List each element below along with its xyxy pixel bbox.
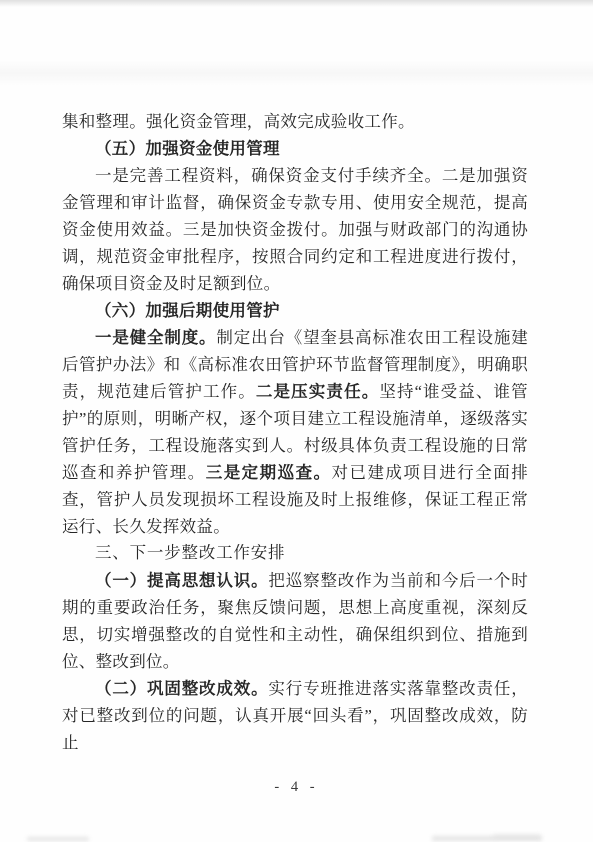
paragraph: 集和整理。强化资金管理，高效完成验收工作。	[62, 108, 528, 135]
scan-band-artifact	[0, 60, 593, 86]
text-segment: 集和整理。强化资金管理，高效完成验收工作。	[62, 112, 415, 131]
document-page: 集和整理。强化资金管理，高效完成验收工作。（五）加强资金使用管理一是完善工程资料…	[0, 0, 593, 842]
scan-smudge-artifact	[493, 834, 541, 838]
text-segment: 三、下一步整改工作安排	[95, 544, 285, 562]
bold-text-segment: （五）加强资金使用管理	[95, 139, 280, 158]
paragraph: （一）提高思想认识。把巡察整改作为当前和今后一个时期的重要政治任务，聚焦反馈问题…	[62, 567, 528, 675]
paragraph: （二）巩固整改成效。实行专班推进落实落靠整改责任，对已整改到位的问题，认真开展“…	[62, 675, 528, 756]
heading-kai: （六）加强后期使用管护	[62, 297, 528, 324]
bold-text-segment: 一是健全制度。	[95, 328, 216, 347]
heading-hei: 三、下一步整改工作安排	[62, 540, 528, 567]
bold-text-segment: 三是定期巡查。	[206, 463, 332, 482]
bold-text-segment: （六）加强后期使用管护	[95, 301, 280, 320]
scan-top-edge-artifact	[0, 0, 593, 7]
paragraph: 一是健全制度。制定出台《望奎县高标准农田工程设施建后管护办法》和《高标准农田管护…	[62, 324, 528, 540]
heading-kai: （五）加强资金使用管理	[62, 135, 528, 162]
text-segment: 一是完善工程资料，确保资金支付手续齐全。二是加强资金管理和审计监督，确保资金专款…	[62, 166, 528, 293]
bold-text-segment: 二是压实责任。	[256, 382, 379, 401]
document-body: 集和整理。强化资金管理，高效完成验收工作。（五）加强资金使用管理一是完善工程资料…	[62, 108, 528, 756]
bold-text-segment: （二）巩固整改成效。	[95, 679, 268, 698]
scan-smudge-artifact	[27, 837, 89, 841]
bold-text-segment: （一）提高思想认识。	[95, 571, 268, 590]
page-number: - 4 -	[0, 779, 593, 796]
paragraph: 一是完善工程资料，确保资金支付手续齐全。二是加强资金管理和审计监督，确保资金专款…	[62, 162, 528, 297]
